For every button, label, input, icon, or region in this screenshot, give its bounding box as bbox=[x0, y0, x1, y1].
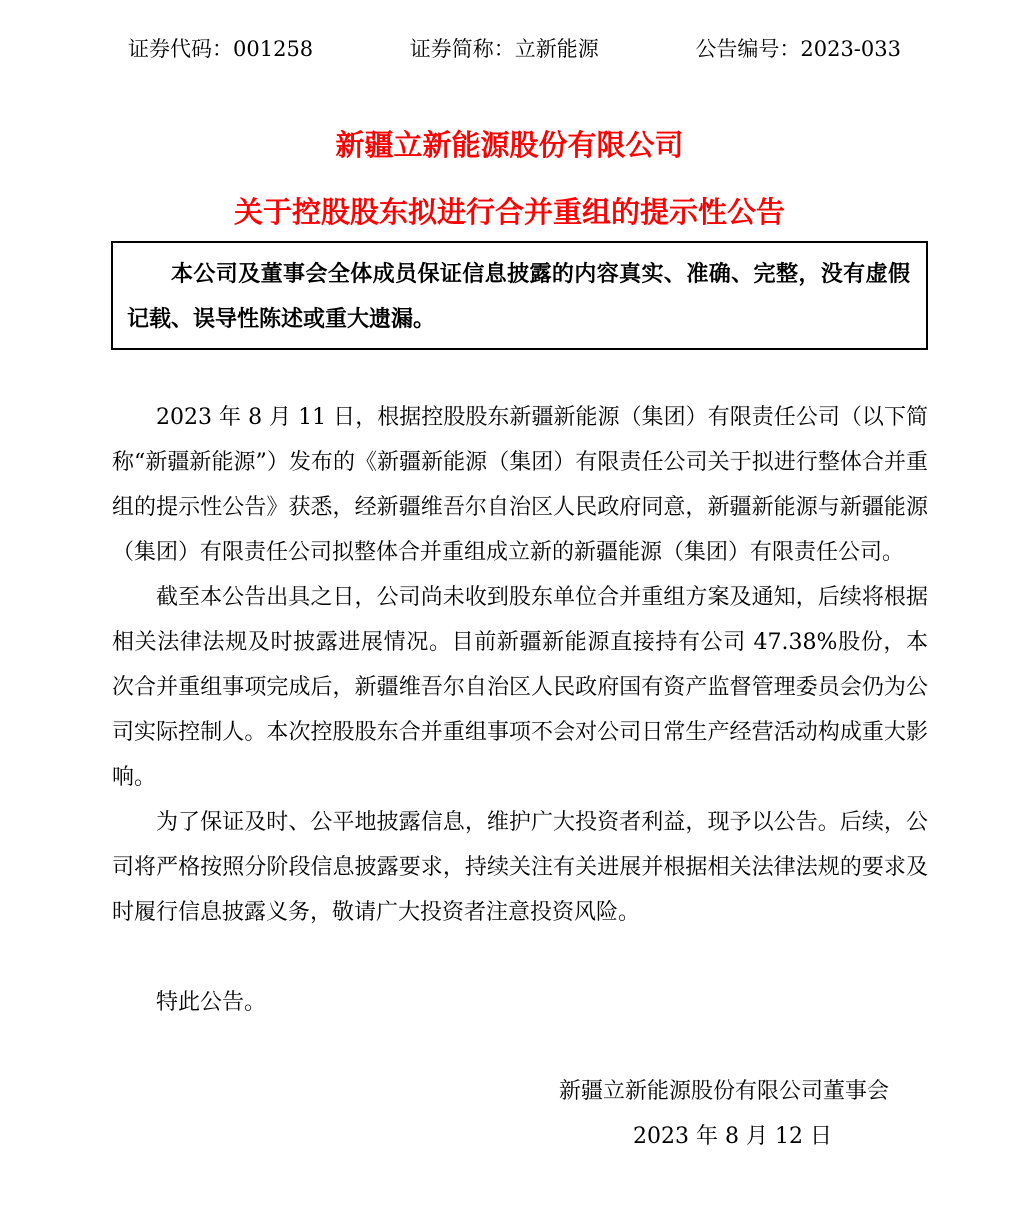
announcement-title: 关于控股股东拟进行合并重组的提示性公告 bbox=[0, 195, 1019, 229]
stock-code: 证券代码：001258 bbox=[128, 36, 313, 63]
body-text: 2023 年 8 月 11 日，根据控股股东新疆新能源（集团）有限责任公司（以下… bbox=[112, 395, 928, 1025]
announcement-date: 2023 年 8 月 12 日 bbox=[112, 1114, 928, 1159]
signature: 新疆立新能源股份有限公司董事会 bbox=[112, 1069, 928, 1114]
doc-header: 证券代码：001258 证券简称：立新能源 公告编号：2023-033 bbox=[0, 36, 1019, 63]
closing-statement: 特此公告。 bbox=[112, 980, 928, 1025]
paragraph-3: 为了保证及时、公平地披露信息，维护广大投资者利益，现予以公告。后续，公司将严格按… bbox=[112, 800, 928, 935]
paragraph-1: 2023 年 8 月 11 日，根据控股股东新疆新能源（集团）有限责任公司（以下… bbox=[112, 395, 928, 575]
paragraph-2: 截至本公告出具之日，公司尚未收到股东单位合并重组方案及通知，后续将根据相关法律法… bbox=[112, 575, 928, 800]
signature-block: 新疆立新能源股份有限公司董事会 2023 年 8 月 12 日 bbox=[112, 1069, 928, 1159]
disclaimer-text: 本公司及董事会全体成员保证信息披露的内容真实、准确、完整，没有虚假记载、误导性陈… bbox=[127, 252, 910, 342]
announcement-number: 公告编号：2023-033 bbox=[695, 36, 901, 63]
company-title: 新疆立新能源股份有限公司 bbox=[0, 128, 1019, 162]
stock-name: 证券简称：立新能源 bbox=[410, 36, 599, 63]
announcement-document: 证券代码：001258 证券简称：立新能源 公告编号：2023-033 新疆立新… bbox=[0, 0, 1019, 1224]
disclaimer-box: 本公司及董事会全体成员保证信息披露的内容真实、准确、完整，没有虚假记载、误导性陈… bbox=[111, 241, 928, 350]
